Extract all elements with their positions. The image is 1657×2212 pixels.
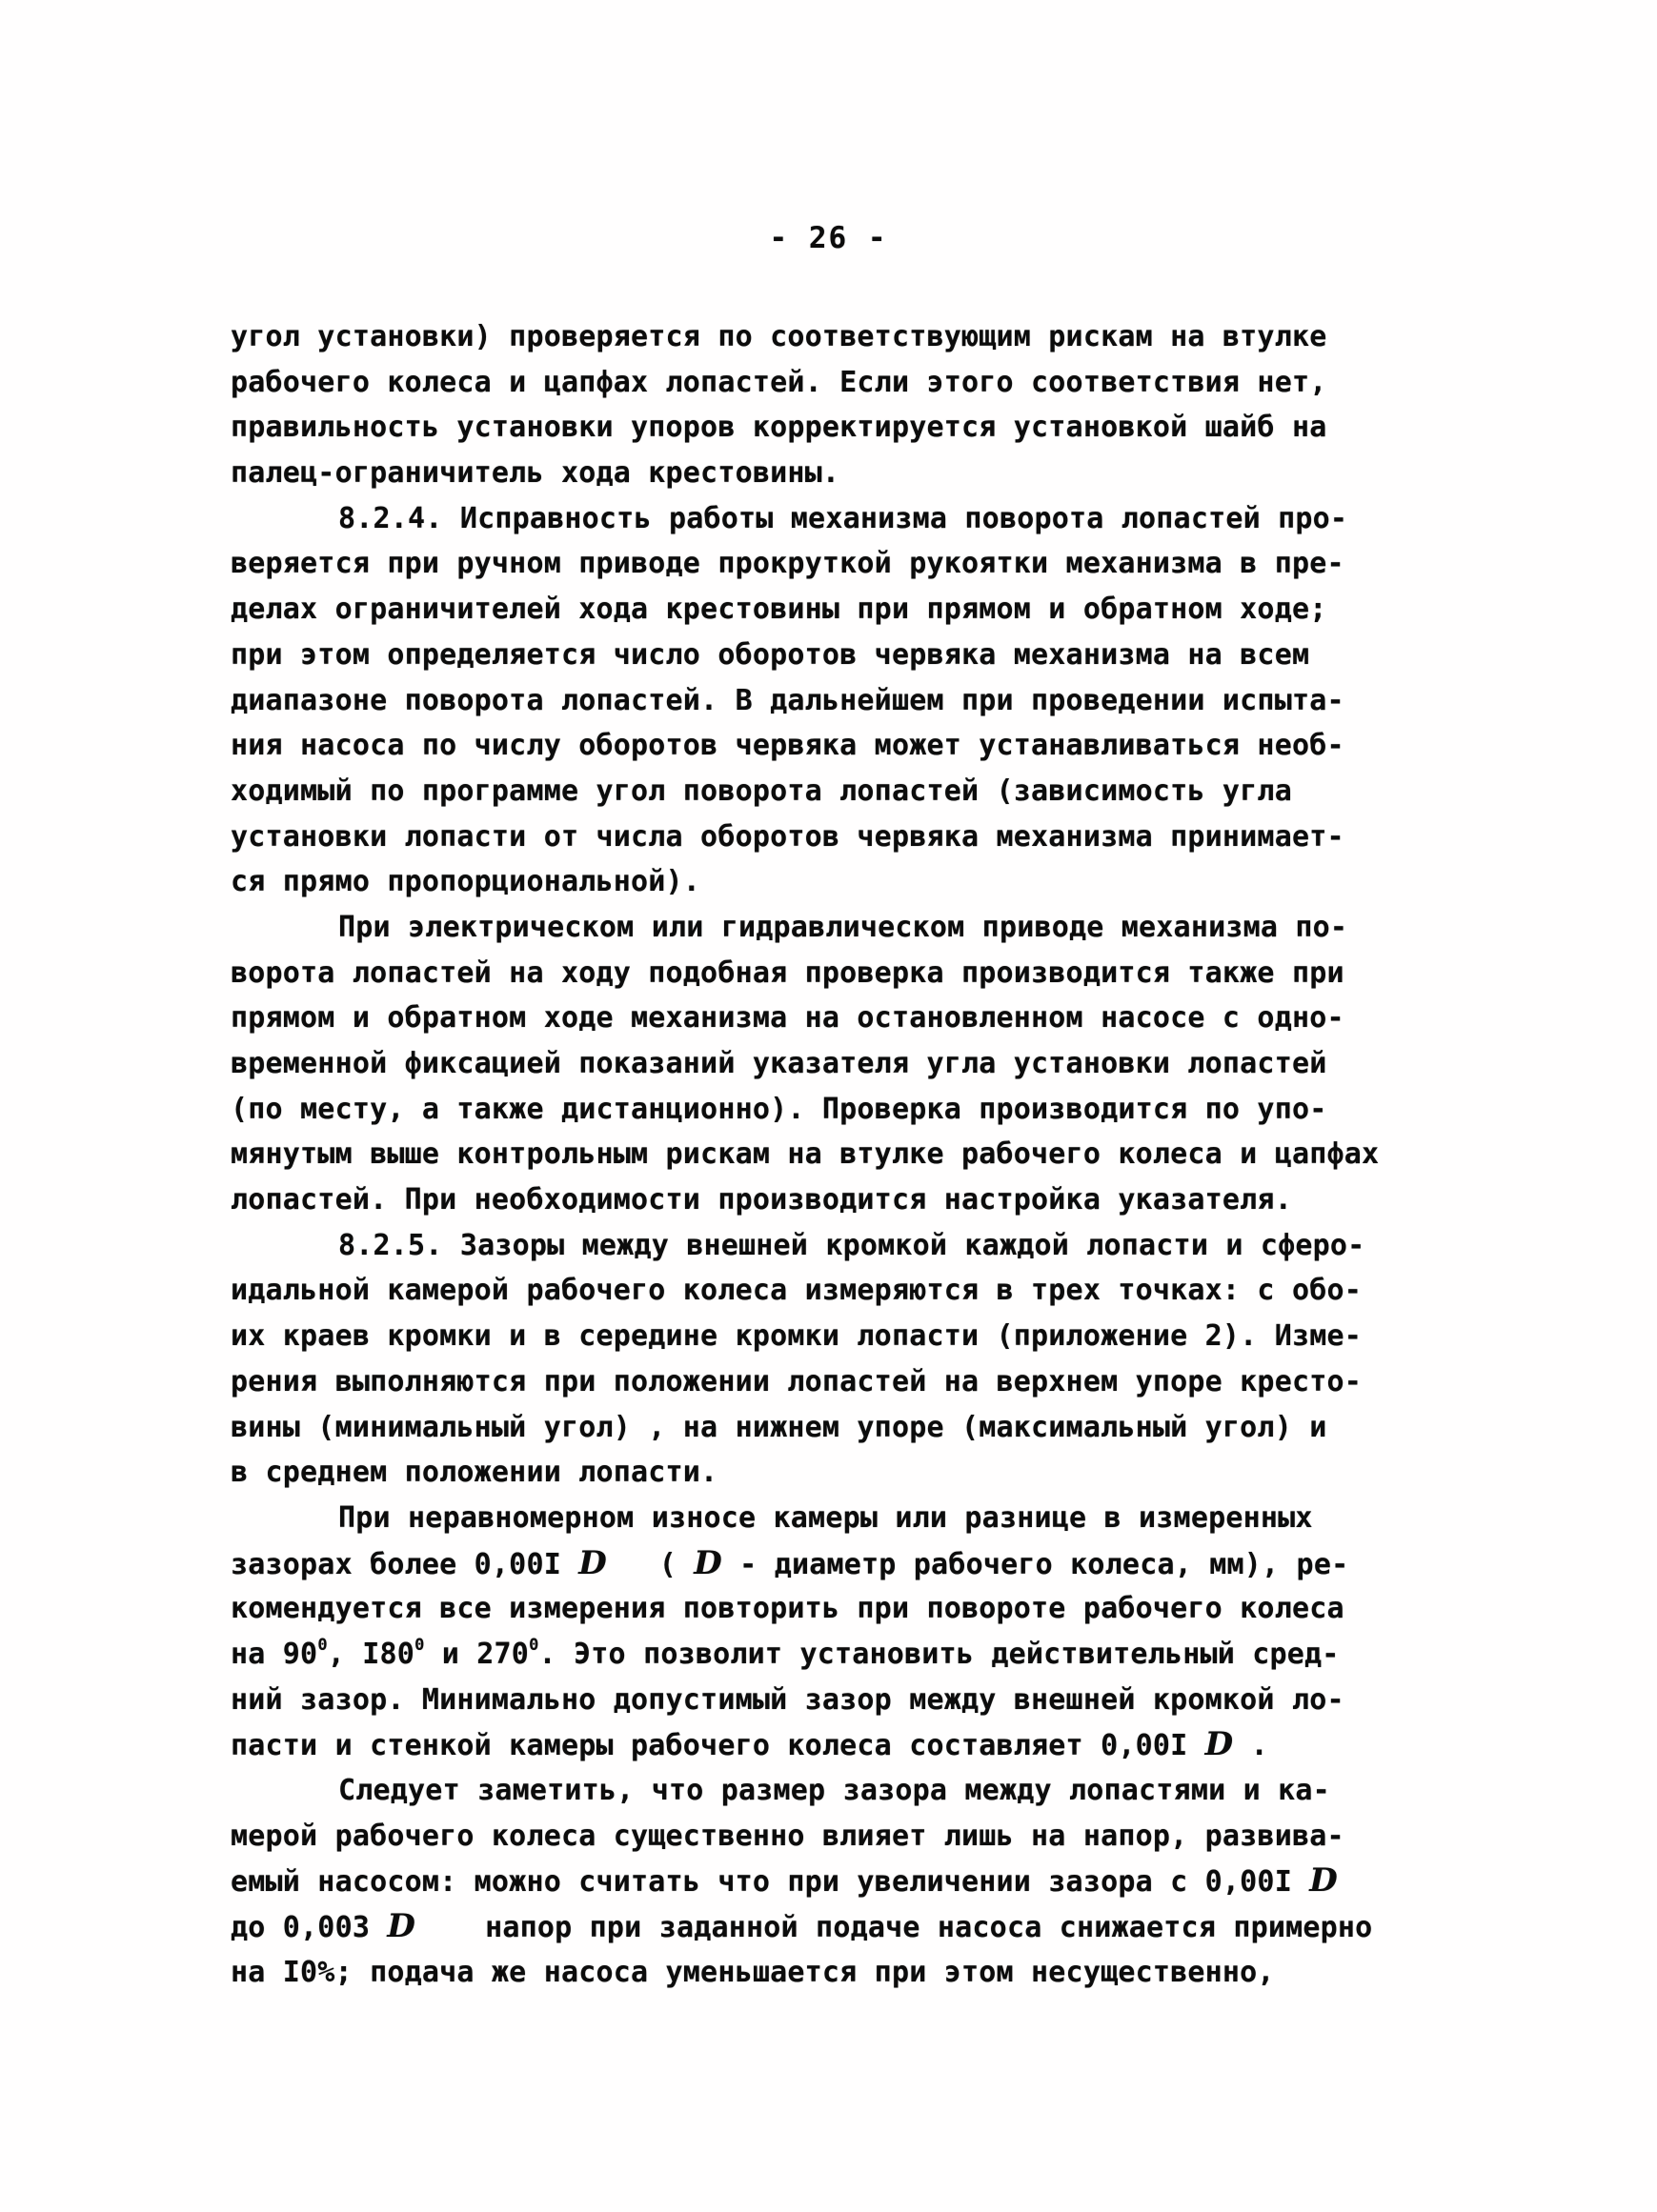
text-segment: при этом определяется число оборотов чер… [231, 638, 1309, 672]
text-segment: пасти и стенкой камеры рабочего колеса с… [231, 1729, 1205, 1762]
text-line: временной фиксацией показаний указателя … [231, 1041, 1393, 1087]
text-segment: делах ограничителей хода крестовины при … [231, 593, 1326, 626]
text-segment: мерой рабочего колеса существенно влияет… [231, 1820, 1344, 1853]
text-segment: ния насоса по числу оборотов червяка мож… [231, 729, 1344, 762]
text-segment: идальной камерой рабочего колеса измеряю… [231, 1274, 1362, 1307]
text-segment: зазорах более 0,00I [231, 1548, 578, 1581]
degree-superscript: 0 [414, 1623, 424, 1669]
text-line: ния насоса по числу оборотов червяка мож… [231, 723, 1393, 769]
text-segment: правильность установки упоров корректиру… [231, 411, 1326, 444]
text-segment: При неравномерном износе камеры или разн… [338, 1501, 1313, 1535]
variable-symbol: D [1205, 1725, 1234, 1763]
text-segment: в среднем положении лопасти. [231, 1456, 717, 1489]
text-segment: емый насосом: можно считать что при увел… [231, 1865, 1309, 1899]
text-segment: . [1233, 1729, 1268, 1762]
text-segment: рения выполняются при положении лопастей… [231, 1365, 1362, 1398]
text-segment: При электрическом или гидравлическом при… [338, 911, 1347, 944]
text-line: делах ограничителей хода крестовины при … [231, 587, 1393, 633]
text-segment: ворота лопастей на ходу подобная проверк… [231, 956, 1344, 990]
text-segment: напор при заданной подаче насоса снижает… [415, 1911, 1372, 1944]
text-line: При электрическом или гидравлическом при… [231, 905, 1393, 951]
variable-symbol: D [387, 1907, 415, 1945]
text-line: зазорах более 0,00I D ( D - диаметр рабо… [231, 1541, 1393, 1587]
text-line: при этом определяется число оборотов чер… [231, 633, 1393, 678]
text-segment: ходимый по программе угол поворота лопас… [231, 774, 1292, 808]
text-line: угол установки) проверяется по соответст… [231, 314, 1393, 360]
text-line: ходимый по программе угол поворота лопас… [231, 769, 1393, 814]
text-line: Следует заметить, что размер зазора межд… [231, 1768, 1393, 1814]
text-segment: и 270 [425, 1638, 530, 1671]
text-segment: лопастей. При необходимости производится… [231, 1183, 1292, 1217]
text-line: При неравномерном износе камеры или разн… [231, 1496, 1393, 1541]
variable-symbol: D [578, 1544, 607, 1582]
text-line: установки лопасти от числа оборотов черв… [231, 814, 1393, 860]
text-line: пасти и стенкой камеры рабочего колеса с… [231, 1722, 1393, 1768]
text-line: (по месту, а также дистанционно). Провер… [231, 1087, 1393, 1133]
text-segment: ся прямо пропорциональной). [231, 865, 700, 898]
text-block: угол установки) проверяется по соответст… [231, 314, 1393, 1995]
degree-superscript: 0 [529, 1623, 538, 1669]
text-segment: прямом и обратном ходе механизма на оста… [231, 1001, 1344, 1035]
text-segment: ний зазор. Минимально допустимый зазор м… [231, 1683, 1344, 1717]
text-segment: 8.2.4. Исправность работы механизма пово… [338, 502, 1347, 535]
variable-symbol: D [1309, 1861, 1338, 1900]
text-segment: рабочего колеса и цапфах лопастей. Если … [231, 366, 1326, 399]
text-line: мянутым выше контрольным рискам на втулк… [231, 1132, 1393, 1177]
text-segment: мянутым выше контрольным рискам на втулк… [231, 1137, 1379, 1171]
text-line: в среднем положении лопасти. [231, 1450, 1393, 1496]
text-line: вины (минимальный угол) , на нижнем упор… [231, 1405, 1393, 1451]
page-number: - 26 - [0, 221, 1657, 255]
text-segment: ( [607, 1548, 694, 1581]
text-line: рения выполняются при положении лопастей… [231, 1359, 1393, 1405]
text-segment: - диаметр рабочего колеса, мм), ре- [722, 1548, 1348, 1581]
text-segment: установки лопасти от числа оборотов черв… [231, 820, 1344, 854]
text-segment: на 90 [231, 1638, 317, 1671]
text-line: ворота лопастей на ходу подобная проверк… [231, 951, 1393, 996]
text-segment: веряется при ручном приводе прокруткой р… [231, 547, 1344, 580]
text-segment: комендуется все измерения повторить при … [231, 1592, 1344, 1625]
document-page: - 26 - угол установки) проверяется по со… [0, 0, 1657, 2212]
text-segment: 8.2.5. Зазоры между внешней кромкой кажд… [338, 1229, 1364, 1262]
text-segment: до 0,003 [231, 1911, 387, 1944]
text-line: 8.2.5. Зазоры между внешней кромкой кажд… [231, 1223, 1393, 1269]
text-line: рабочего колеса и цапфах лопастей. Если … [231, 360, 1393, 406]
text-segment: . Это позволит установить действительный… [539, 1638, 1340, 1671]
text-segment: (по месту, а также дистанционно). Провер… [231, 1093, 1326, 1126]
text-line: их краев кромки и в середине кромки лопа… [231, 1314, 1393, 1359]
text-line: палец-ограничитель хода крестовины. [231, 451, 1393, 496]
text-line: на 900, I800 и 2700. Это позволит устано… [231, 1632, 1393, 1678]
text-line: комендуется все измерения повторить при … [231, 1586, 1393, 1632]
text-segment: , I80 [328, 1638, 414, 1671]
text-segment: их краев кромки и в середине кромки лопа… [231, 1319, 1362, 1353]
text-line: идальной камерой рабочего колеса измеряю… [231, 1268, 1393, 1314]
text-segment: палец-ограничитель хода крестовины. [231, 456, 839, 490]
text-line: прямом и обратном ходе механизма на оста… [231, 995, 1393, 1041]
text-line: лопастей. При необходимости производится… [231, 1177, 1393, 1223]
text-line: ся прямо пропорциональной). [231, 859, 1393, 905]
text-line: до 0,003 D напор при заданной подаче нас… [231, 1904, 1393, 1950]
text-line: правильность установки упоров корректиру… [231, 405, 1393, 451]
text-line: на I0%; подача же насоса уменьшается при… [231, 1950, 1393, 1996]
text-segment: Следует заметить, что размер зазора межд… [338, 1774, 1330, 1807]
text-line: веряется при ручном приводе прокруткой р… [231, 541, 1393, 587]
text-segment: вины (минимальный угол) , на нижнем упор… [231, 1411, 1326, 1444]
text-segment: временной фиксацией показаний указателя … [231, 1047, 1326, 1080]
text-line: мерой рабочего колеса существенно влияет… [231, 1814, 1393, 1860]
text-line: ний зазор. Минимально допустимый зазор м… [231, 1678, 1393, 1723]
text-line: диапазоне поворота лопастей. В дальнейше… [231, 678, 1393, 724]
text-line: емый насосом: можно считать что при увел… [231, 1859, 1393, 1904]
degree-superscript: 0 [317, 1623, 327, 1669]
text-line: 8.2.4. Исправность работы механизма пово… [231, 496, 1393, 542]
text-segment: угол установки) проверяется по соответст… [231, 320, 1326, 353]
text-segment: диапазоне поворота лопастей. В дальнейше… [231, 684, 1344, 717]
variable-symbol: D [694, 1544, 722, 1582]
text-segment: на I0%; подача же насоса уменьшается при… [231, 1956, 1275, 1989]
